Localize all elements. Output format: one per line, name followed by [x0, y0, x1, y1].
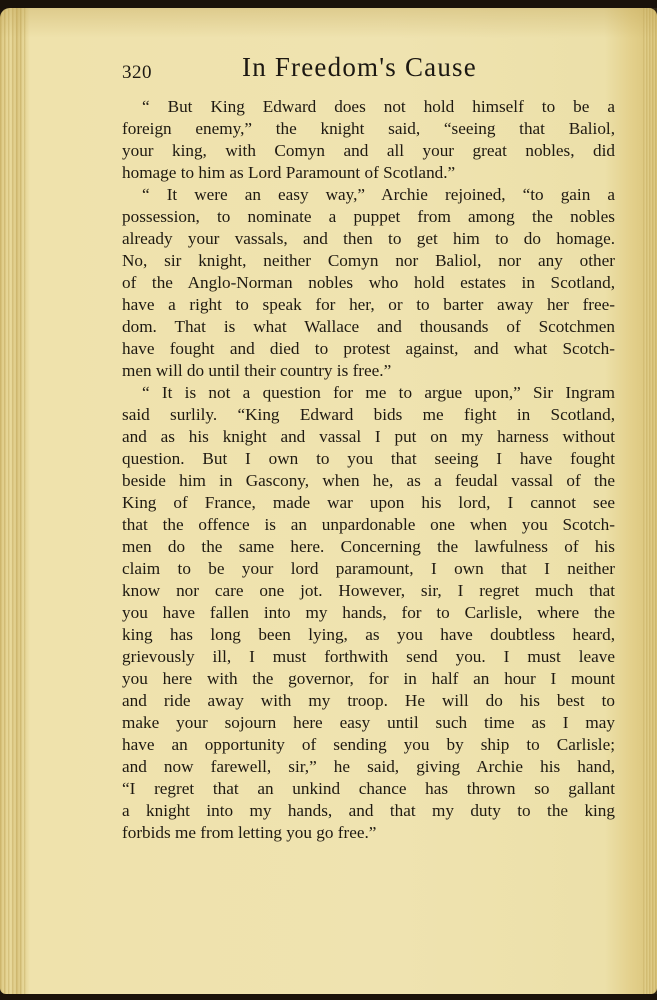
text-line: men will do until their country is free.… — [122, 360, 615, 382]
paragraph: “ It is not a question for me to argue u… — [122, 382, 615, 844]
text-line: make your sojourn here easy until such t… — [122, 712, 615, 734]
text-line: have fought and died to protest against,… — [122, 338, 615, 360]
text-line: homage to him as Lord Paramount of Scotl… — [122, 162, 615, 184]
text-line: “ It were an easy way,” Archie rejoined,… — [122, 184, 615, 206]
paragraph: “ But King Edward does not hold himself … — [122, 96, 615, 184]
page-edges-left — [0, 8, 26, 994]
text-line: a knight into my hands, and that my duty… — [122, 800, 615, 822]
text-line: beside him in Gascony, when he, as a feu… — [122, 470, 615, 492]
page-top-shadow — [0, 8, 657, 38]
text-line: you here with the governor, for in half … — [122, 668, 615, 690]
text-line: forbids me from letting you go free.” — [122, 822, 615, 844]
text-line: and now farewell, sir,” he said, giving … — [122, 756, 615, 778]
page-number: 320 — [122, 62, 152, 84]
text-line: No, sir knight, neither Comyn nor Baliol… — [122, 250, 615, 272]
text-line: possession, to nominate a puppet from am… — [122, 206, 615, 228]
text-line: men do the same here. Concerning the law… — [122, 536, 615, 558]
text-line: already your vassals, and then to get hi… — [122, 228, 615, 250]
text-line: of the Anglo-Norman nobles who hold esta… — [122, 272, 615, 294]
text-line: dom. That is what Wallace and thousands … — [122, 316, 615, 338]
running-title: In Freedom's Cause — [242, 52, 477, 83]
text-line: you have fallen into my hands, for to Ca… — [122, 602, 615, 624]
text-line: your king, with Comyn and all your great… — [122, 140, 615, 162]
text-line: claim to be your lord paramount, I own t… — [122, 558, 615, 580]
text-line: “ But King Edward does not hold himself … — [122, 96, 615, 118]
text-line: “ It is not a question for me to argue u… — [122, 382, 615, 404]
text-line: “I regret that an unkind chance has thro… — [122, 778, 615, 800]
text-line: that the offence is an unpardonable one … — [122, 514, 615, 536]
text-line: and as his knight and vassal I put on my… — [122, 426, 615, 448]
text-line: have a right to speak for her, or to bar… — [122, 294, 615, 316]
text-line: grievously ill, I must forthwith send yo… — [122, 646, 615, 668]
text-line: have an opportunity of sending you by sh… — [122, 734, 615, 756]
text-line: know nor care one jot. However, sir, I r… — [122, 580, 615, 602]
text-line: king has long been lying, as you have do… — [122, 624, 615, 646]
text-line: and ride away with my troop. He will do … — [122, 690, 615, 712]
body-text: “ But King Edward does not hold himself … — [122, 96, 615, 844]
page-edges-right — [643, 8, 657, 994]
paragraph: “ It were an easy way,” Archie rejoined,… — [122, 184, 615, 382]
text-line: foreign enemy,” the knight said, “seeing… — [122, 118, 615, 140]
text-line: said surlily. “King Edward bids me fight… — [122, 404, 615, 426]
text-line: question. But I own to you that seeing I… — [122, 448, 615, 470]
running-header: 320 In Freedom's Cause — [122, 52, 622, 88]
text-line: King of France, made war upon his lord, … — [122, 492, 615, 514]
